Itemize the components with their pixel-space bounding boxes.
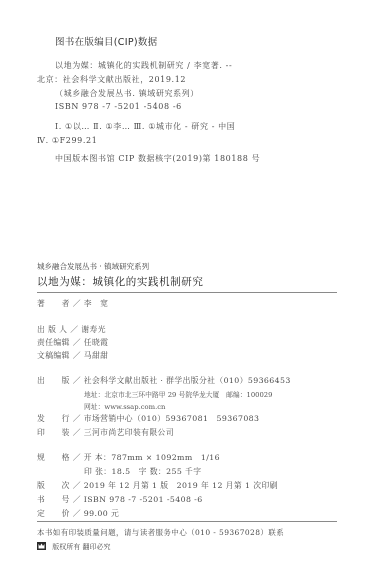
credit-responsible-editor: 责任编辑 ／ 任晓霞 — [37, 337, 108, 348]
credit-author: 著 者 ／ 李 宽 — [37, 298, 108, 309]
separator: ／ — [73, 495, 81, 504]
pub-price-label: 定 价 — [37, 508, 70, 519]
cip-line-3: （城乡融合发展丛书. 镇域研究系列） — [55, 88, 199, 99]
pub-distribution-label: 发 行 — [37, 413, 70, 424]
separator: ／ — [73, 376, 81, 385]
pub-printing-value: 三河市尚艺印装有限公司 — [84, 428, 174, 437]
pub-isbn-label: 书 号 — [37, 494, 70, 505]
pub-spec: 规 格 ／ 开 本：787mm × 1092mm 1/16 — [37, 452, 220, 463]
cip-classification-2: Ⅳ. ①F299.21 — [37, 136, 97, 145]
book-title: 以地为媒：城镇化的实践机制研究 — [37, 274, 204, 289]
pub-isbn: 书 号 ／ ISBN 978 -7 -5201 -5408 -6 — [37, 494, 203, 505]
pub-address: 地址：北京市北三环中路甲 29 号院华龙大厦 邮编：100029 — [84, 389, 272, 399]
credit-author-label: 著 者 — [37, 298, 70, 309]
cip-line-4: ISBN 978 -7 -5201 -5408 -6 — [55, 102, 182, 111]
separator: ／ — [70, 325, 78, 334]
credit-publisher-person-label: 出 版 人 — [37, 324, 67, 335]
pub-isbn-value: ISBN 978 -7 -5201 -5408 -6 — [84, 495, 203, 504]
cip-heading: 图书在版编目(CIP)数据 — [55, 34, 157, 48]
credit-copy-editor-value: 马甜甜 — [84, 351, 109, 360]
pub-website: 网址：www.ssap.com.cn — [84, 401, 165, 411]
separator: ／ — [73, 481, 81, 490]
pub-edition: 版 次 ／ 2019 年 12 月第 1 版 2019 年 12 月第 1 次印… — [37, 480, 278, 491]
pub-spec-2: 印 张：18.5 字 数：255 千字 — [84, 466, 201, 477]
pub-price-value: 99.00 元 — [84, 509, 119, 518]
cip-line-1: 以地为媒：城镇化的实践机制研究 / 李宽著. -- — [55, 60, 232, 71]
credit-copy-editor: 文稿编辑 ／ 马甜甜 — [37, 350, 108, 361]
cip-line-2: 北京：社会科学文献出版社，2019.12 — [37, 74, 186, 85]
pub-distribution-value: 市场营销中心（010）59367081 59367083 — [84, 414, 260, 423]
footer-divider — [37, 521, 337, 522]
pub-spec-value: 开 本：787mm × 1092mm 1/16 — [84, 453, 220, 462]
cip-record-number: 中国版本图书馆 CIP 数据核字(2019)第 180188 号 — [55, 153, 260, 164]
copyright-text: 版权所有 翻印必究 — [52, 543, 110, 551]
credit-author-value: 李 宽 — [84, 299, 109, 308]
pub-edition-value: 2019 年 12 月第 1 版 2019 年 12 月第 1 次印刷 — [84, 481, 278, 490]
separator: ／ — [73, 453, 81, 462]
credit-copy-editor-label: 文稿编辑 — [37, 350, 70, 361]
pub-spec-label: 规 格 — [37, 452, 70, 463]
credit-responsible-editor-value: 任晓霞 — [84, 338, 109, 347]
separator: ／ — [73, 338, 81, 347]
separator: ／ — [73, 299, 81, 308]
separator: ／ — [73, 509, 81, 518]
ssap-logo-icon — [37, 542, 46, 550]
cip-classification-1: Ⅰ. ①以… Ⅱ. ①李… Ⅲ. ①城市化 - 研究 - 中国 — [55, 121, 235, 132]
credit-publisher-person: 出 版 人 ／ 谢寿光 — [37, 324, 106, 335]
pub-printing: 印 装 ／ 三河市尚艺印装有限公司 — [37, 427, 174, 438]
credit-publisher-person-value: 谢寿光 — [81, 325, 106, 334]
quality-notice: 本书如有印装质量问题，请与读者服务中心（010 - 59367028）联系 — [37, 527, 284, 538]
pub-distribution: 发 行 ／ 市场营销中心（010）59367081 59367083 — [37, 413, 259, 424]
pub-price: 定 价 ／ 99.00 元 — [37, 508, 119, 519]
pub-edition-label: 版 次 — [37, 480, 70, 491]
title-divider — [37, 292, 337, 293]
separator: ／ — [73, 414, 81, 423]
series-name: 城乡融合发展丛书 · 镇域研究系列 — [37, 261, 149, 272]
pub-publisher: 出 版 ／ 社会科学文献出版社 · 群学出版分社（010）59366453 — [37, 375, 291, 386]
copyright-notice: 版权所有 翻印必究 — [37, 542, 110, 552]
credit-responsible-editor-label: 责任编辑 — [37, 337, 70, 348]
pub-publisher-value: 社会科学文献出版社 · 群学出版分社（010）59366453 — [84, 376, 291, 385]
pub-printing-label: 印 装 — [37, 427, 70, 438]
separator: ／ — [73, 428, 81, 437]
separator: ／ — [73, 351, 81, 360]
pub-publisher-label: 出 版 — [37, 375, 70, 386]
